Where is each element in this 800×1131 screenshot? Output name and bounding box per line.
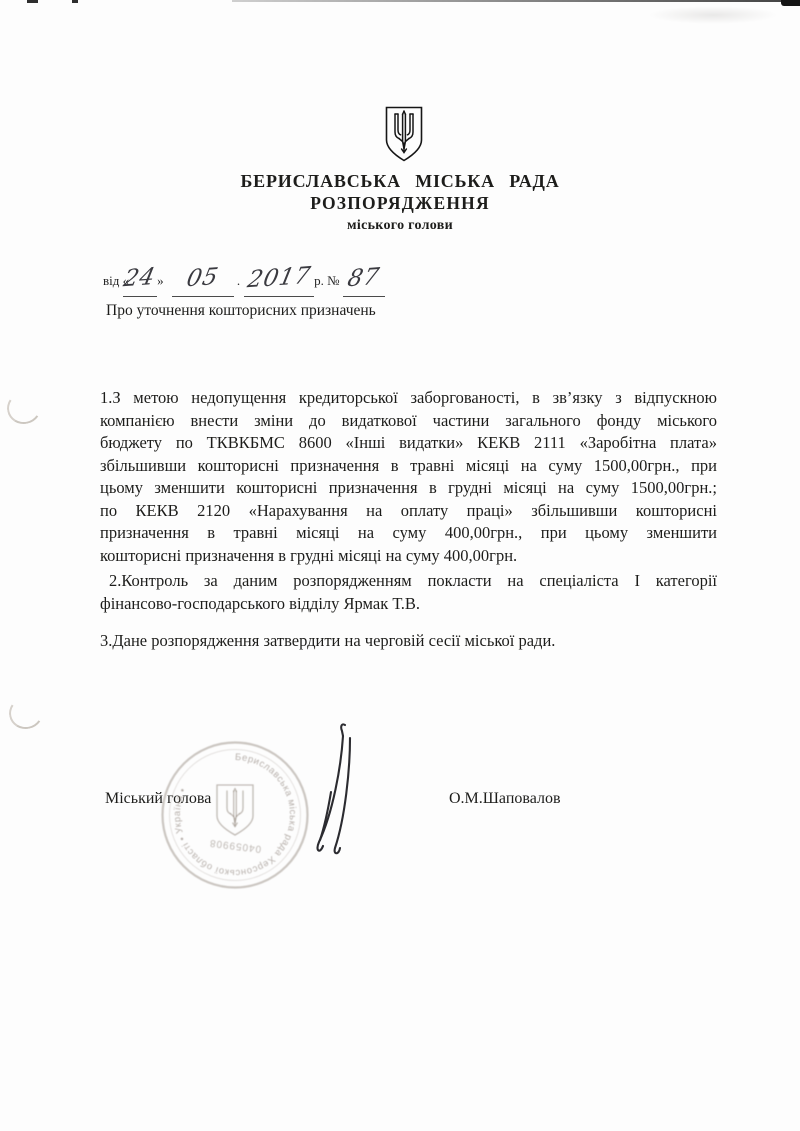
stamp-ring-text: Бериславська міська рада Херсонської обл… — [172, 752, 298, 878]
pen-signature — [303, 722, 363, 862]
date-and-number-line: від «24»05 .2017р. №87 — [103, 272, 385, 302]
scan-artifact-page-curl — [4, 389, 44, 427]
official-round-stamp: Бериславська міська рада Херсонської обл… — [159, 739, 312, 892]
number-sign: № — [327, 273, 339, 288]
day-blank: 24 — [123, 272, 157, 297]
text-line: збільшивши кошторисні призначення в трав… — [100, 455, 717, 478]
text-line: фінансово-господарського відділу Ярмак Т… — [100, 593, 717, 616]
scan-artifact-top-dash — [72, 0, 78, 3]
document-type-title: РОЗПОРЯДЖЕННЯ — [0, 193, 800, 214]
scan-artifact-smudge — [648, 6, 778, 24]
date-prefix: від — [103, 273, 119, 288]
handwritten-month: 05 — [185, 268, 220, 288]
body-paragraph-2: 2.Контроль за даним розпорядженням покла… — [100, 570, 717, 615]
month-blank: 05 — [172, 272, 234, 297]
svg-text:Бериславська міська рада Херсо: Бериславська міська рада Херсонської обл… — [172, 752, 298, 878]
stamp-trident-icon — [217, 785, 253, 835]
ukraine-trident-icon — [382, 105, 426, 163]
text-line: 2.Контроль за даним розпорядженням покла… — [100, 570, 717, 593]
signatory-name: О.М.Шаповалов — [449, 790, 561, 808]
body-paragraph-3: 3.Дане розпорядження затвердити на черго… — [100, 630, 717, 653]
text-line: по КЕКВ 2120 «Нарахування на оплату прац… — [100, 500, 717, 523]
scan-artifact-top-right-corner — [781, 0, 800, 6]
stamp-registration-code: 04059908 — [208, 837, 261, 854]
scan-artifact-page-curl — [6, 694, 46, 732]
document-subject: Про уточнення кошторисних призначень — [106, 302, 376, 320]
text-line: 1.З метою недопущення кредиторської забо… — [100, 387, 717, 410]
body-paragraph-1: 1.З метою недопущення кредиторської забо… — [100, 387, 717, 567]
text-line: цьому зменшити кошторисні призначення в … — [100, 477, 717, 500]
handwritten-day: 24 — [123, 268, 158, 288]
close-quote: » — [157, 273, 164, 288]
text-line: кошторисні призначення в грудні місяці н… — [100, 545, 717, 568]
handwritten-number: 87 — [346, 268, 381, 288]
text-line: компанією внести зміни до видаткової час… — [100, 410, 717, 433]
year-blank: 2017 — [244, 272, 314, 297]
scan-artifact-top-edge-line — [232, 0, 800, 2]
issuer-line: міського голови — [0, 218, 800, 234]
handwritten-year: 2017 — [246, 267, 312, 290]
text-line: бюджету по ТКВКБМС 8600 «Інші видатки» К… — [100, 432, 717, 455]
scanned-document-page: БЕРИСЛАВСЬКА МІСЬКА РАДА РОЗПОРЯДЖЕННЯ м… — [0, 0, 800, 1131]
scan-artifact-top-dash — [27, 0, 38, 3]
year-suffix: р. — [314, 273, 324, 288]
number-blank: 87 — [343, 272, 385, 297]
text-line: призначення в травні місяці на суму 400,… — [100, 522, 717, 545]
organization-name: БЕРИСЛАВСЬКА МІСЬКА РАДА — [0, 171, 800, 192]
separator-dot: . — [237, 273, 240, 288]
